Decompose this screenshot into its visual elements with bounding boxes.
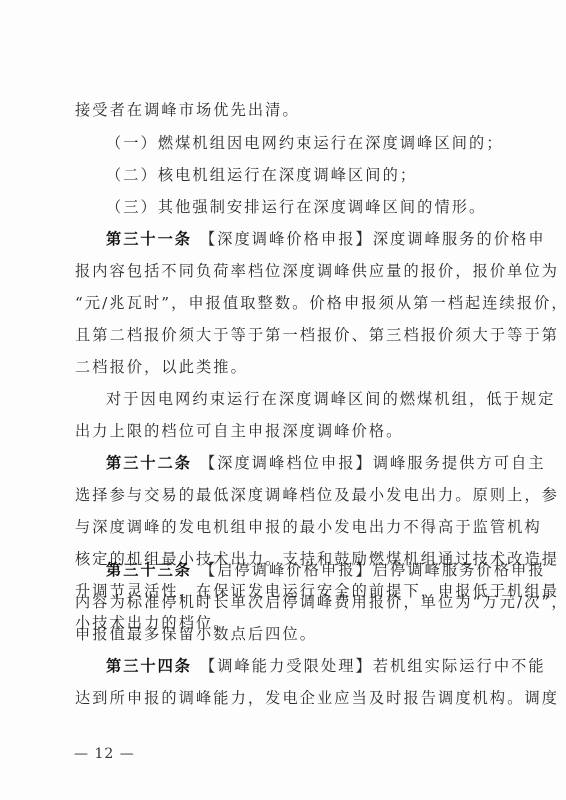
text-line: 二档报价，以此类推。 — [75, 357, 495, 377]
text-line: 内容为标准停机时长单次启停调峰费用报价，单位为“万元/次”， — [75, 592, 495, 612]
article-31-first-line: 第三十一条【深度调峰价格申报】深度调峰服务的价格申 — [106, 229, 496, 249]
document-page: 接受者在调峰市场优先出清。 （一）燃煤机组因电网约束运行在深度调峰区间的； （二… — [0, 0, 566, 800]
text-line: “元/兆瓦时”，申报值取整数。价格申报须从第一档起连续报价， — [75, 293, 495, 313]
article-34-first-line: 第三十四条【调峰能力受限处理】若机组实际运行中不能 — [106, 656, 496, 676]
page-number: — 12 — — [74, 746, 135, 762]
paragraph-first-line: 对于因电网约束运行在深度调峰区间的燃煤机组，低于规定 — [106, 389, 496, 409]
list-item-3: （三）其他强制安排运行在深度调峰区间的情形。 — [106, 197, 496, 217]
article-heading: 【深度调峰档位申报】 — [200, 454, 373, 472]
article-33-first-line: 第三十三条【启停调峰价格申报】启停调峰服务价格申报 — [106, 560, 496, 580]
text-line: 与深度调峰的发电机组申报的最小发电出力不得高于监管机构 — [75, 517, 495, 537]
article-32-first-line: 第三十二条【深度调峰档位申报】调峰服务提供方可自主 — [106, 453, 496, 473]
list-item-1: （一）燃煤机组因电网约束运行在深度调峰区间的； — [106, 133, 496, 153]
text-line: 达到所申报的调峰能力，发电企业应当及时报告调度机构。调度 — [75, 688, 495, 708]
text-line: 出力上限的档位可自主申报深度调峰价格。 — [75, 421, 495, 441]
article-text: 调峰服务提供方可自主 — [373, 454, 546, 472]
article-text: 深度调峰服务的价格申 — [373, 230, 546, 248]
article-number: 第三十一条 — [106, 230, 192, 248]
text-line: 申报值最多保留小数点后四位。 — [75, 624, 495, 644]
text-line: 且第二档报价须大于等于第一档报价、第三档报价须大于等于第 — [75, 325, 495, 345]
article-text: 启停调峰服务价格申报 — [373, 561, 546, 579]
text-line: 报内容包括不同负荷率档位深度调峰供应量的报价，报价单位为 — [75, 261, 495, 281]
article-number: 第三十四条 — [106, 657, 192, 675]
article-heading: 【启停调峰价格申报】 — [200, 561, 373, 579]
article-heading: 【深度调峰价格申报】 — [200, 230, 373, 248]
article-number: 第三十三条 — [106, 561, 192, 579]
article-heading: 【调峰能力受限处理】 — [200, 657, 373, 675]
text-line: 选择参与交易的最低深度调峰档位及最小发电出力。原则上，参 — [75, 485, 495, 505]
article-text: 若机组实际运行中不能 — [373, 657, 546, 675]
article-number: 第三十二条 — [106, 454, 192, 472]
text-line: 接受者在调峰市场优先出清。 — [75, 100, 495, 120]
list-item-2: （二）核电机组运行在深度调峰区间的； — [106, 165, 496, 185]
